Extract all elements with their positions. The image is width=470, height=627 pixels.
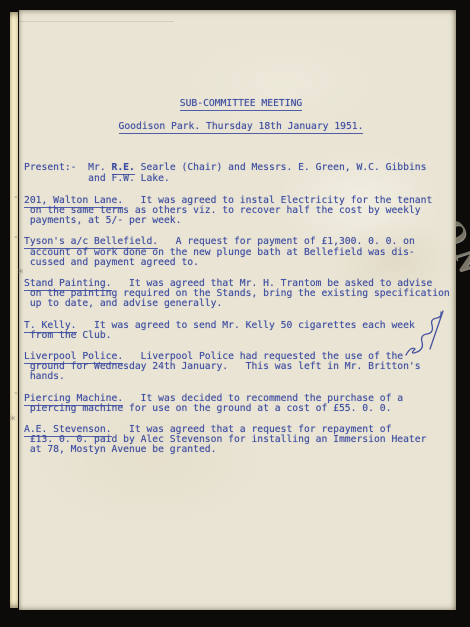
- paper-crease: [19, 21, 174, 22]
- pencil-mark: -: [14, 192, 18, 202]
- page-binding-edge: [10, 12, 18, 608]
- meeting-title: SUB-COMMITTEE MEETING: [24, 99, 458, 109]
- meeting-title-text: SUB-COMMITTEE MEETING: [180, 98, 302, 111]
- minute-paragraph: A.E. Stevenson. It was agreed that a req…: [24, 425, 458, 456]
- paragraph-body: It was agreed to send Mr. Kelly 50 cigar…: [24, 320, 415, 341]
- minute-paragraph: 201, Walton Lane. It was agreed to insta…: [24, 196, 458, 227]
- minute-paragraph: T. Kelly. It was agreed to send Mr. Kell…: [24, 321, 458, 341]
- minute-paragraph: Liverpool Police. Liverpool Police had r…: [24, 352, 458, 383]
- pencil-mark: *: [18, 269, 24, 279]
- scanned-photo-frame: EVERTON COLLECTION CHARITABLE TRUST EVER…: [0, 0, 470, 627]
- minute-paragraph: Piercing Machine. It was decided to reco…: [24, 394, 458, 414]
- pencil-mark: *: [10, 416, 16, 426]
- typewritten-content: SUB-COMMITTEE MEETING Goodison Park. Thu…: [24, 99, 458, 467]
- meeting-subtitle-text: Goodison Park. Thursday 18th January 195…: [119, 121, 364, 134]
- minute-paragraph: Tyson's a/c Bellefield. A request for pa…: [24, 237, 458, 268]
- meeting-subtitle: Goodison Park. Thursday 18th January 195…: [24, 122, 458, 132]
- pencil-mark: -: [14, 232, 18, 242]
- document-page: SUB-COMMITTEE MEETING Goodison Park. Thu…: [19, 10, 456, 610]
- minute-paragraph: Stand Painting. It was agreed that Mr. H…: [24, 279, 458, 310]
- attendees-line: Present:- Mr. R.E. Searle (Chair) and Me…: [24, 163, 458, 183]
- pencil-mark: -: [14, 388, 18, 398]
- minutes-paragraphs: 201, Walton Lane. It was agreed to insta…: [24, 196, 458, 456]
